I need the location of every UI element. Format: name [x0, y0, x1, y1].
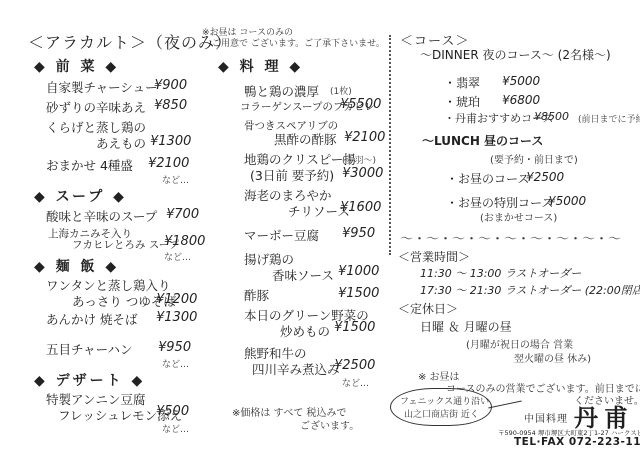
menu-item-price: ¥500: [156, 404, 189, 419]
menu-item-name: 砂ずりの辛味あえ: [46, 98, 146, 116]
lunch-note-line2: ご用意で ございます。ご了承下さいませ。: [212, 39, 385, 50]
menu-item-name-line2: 炒めもの: [280, 322, 330, 340]
menu-item-name-line2: 黒酢の酢豚: [274, 130, 337, 148]
etc-note: など…: [342, 376, 369, 389]
section-heading-noodles-rice: ◆ 麺 飯 ◆: [34, 256, 119, 276]
shop-tel: TEL·FAX 072-223-1181: [514, 436, 640, 448]
shop-type: 中国料理: [524, 410, 568, 425]
dinner-heading: 〜DINNER 夜のコース〜 (2名様〜): [420, 46, 611, 63]
hours-title: ＜営業時間＞: [398, 248, 470, 265]
menu-item-price: ¥3000: [342, 166, 383, 181]
menu-item-price: ¥1500: [334, 320, 375, 335]
menu-item-qty: (1枚): [330, 84, 352, 97]
course-item-price: ¥2500: [526, 170, 564, 184]
holiday-title: ＜定休日＞: [398, 300, 458, 317]
section-heading-dishes: ◆ 料 理 ◆: [218, 56, 303, 76]
course-item-name: ・琥珀: [444, 93, 480, 110]
menu-item-price: ¥850: [154, 98, 187, 113]
menu-item-price: ¥1200: [156, 292, 197, 307]
menu-item-name: おまかせ 4種盛: [46, 156, 133, 174]
menu-item-price: ¥2100: [344, 130, 385, 145]
menu-item-price: ¥1300: [150, 134, 191, 149]
lunch-note-line1: ※お昼は コースのみの: [202, 28, 293, 39]
hours-line: 17:30 〜 21:30 ラストオーダー (22:00閉店): [420, 282, 640, 298]
menu-item-price: ¥1300: [156, 310, 197, 325]
section-heading-appetizer: ◆ 前 菜 ◆: [34, 56, 119, 76]
etc-note: など…: [162, 357, 189, 370]
section-heading-soup: ◆ スープ ◆: [34, 186, 127, 206]
holiday-line1: 日曜 ＆ 月曜の昼: [420, 318, 512, 335]
course-item-price: ¥5000: [548, 194, 586, 208]
menu-item-name: マーボー豆腐: [244, 226, 319, 244]
menu-item-name-line2: 四川辛み煮込み: [252, 360, 340, 378]
menu-item-name: 五目チャーハン: [46, 340, 133, 358]
lunch-sub: (要予約・前日まで): [490, 151, 578, 166]
menu-item-price: ¥1800: [164, 234, 205, 249]
hours-line: 11:30 〜 13:00 ラストオーダー: [420, 265, 581, 281]
menu-item-price: ¥5500: [340, 97, 381, 112]
section-heading-dessert: ◆ デザート ◆: [34, 370, 145, 390]
etc-note: など…: [162, 422, 189, 435]
course-item-price: ¥5000: [502, 74, 540, 88]
menu-item-qty: (手羽〜): [342, 153, 376, 166]
menu-item-name: 酢豚: [244, 286, 269, 304]
menu-item-name: 自家製チャーシュー: [46, 78, 158, 96]
lunch-heading: 〜LUNCH 昼のコース: [422, 132, 543, 149]
menu-item-name-line2: あえもの: [96, 134, 146, 152]
course-item-price: ¥6800: [502, 93, 540, 107]
menu-item-price: ¥2500: [334, 358, 375, 373]
holiday-line3: 翌火曜の昼 休み): [514, 350, 591, 365]
course-item-note: (前日までに予約): [578, 112, 640, 125]
etc-note: など…: [164, 250, 191, 263]
course-item-price: ¥8500: [534, 110, 569, 123]
menu-item-price: ¥950: [158, 340, 191, 355]
location-line2: 山之口商店街 近く: [404, 407, 479, 420]
tax-note-line2: ございます。: [300, 417, 359, 432]
menu-item-name-line2: 香味ソース: [272, 266, 334, 284]
course-item-name: ・お昼のコース: [446, 170, 529, 187]
menu-item-price: ¥950: [342, 226, 375, 241]
bubble-tail: [488, 400, 521, 408]
menu-item-price: ¥1000: [338, 264, 379, 279]
etc-note: など…: [162, 173, 189, 186]
column-divider: [389, 35, 395, 255]
wave-divider: 〜・〜・〜・〜・〜・〜・〜・〜・〜: [400, 228, 621, 247]
course-item-name: ・翡翠: [444, 74, 480, 91]
menu-item-price: ¥900: [154, 78, 187, 93]
menu-item-price: ¥700: [166, 207, 199, 222]
menu-item-name-line2: (3日前 要予約): [250, 166, 334, 184]
menu-item-price: ¥1600: [340, 200, 381, 215]
menu-item-name: 鴨と鶏の濃厚: [244, 82, 319, 100]
location-line1: フェニックス通り沿い: [400, 394, 489, 407]
menu-item-name: あんかけ 焼そば: [46, 310, 137, 328]
course-item-note: (おまかせコース): [480, 209, 557, 224]
menu-item-name: 酸味と辛味のスープ: [46, 207, 157, 225]
menu-item-price: ¥2100: [148, 156, 189, 171]
menu-item-price: ¥1500: [338, 286, 379, 301]
holiday-line2: (月曜が祝日の場合 営業: [466, 336, 573, 351]
